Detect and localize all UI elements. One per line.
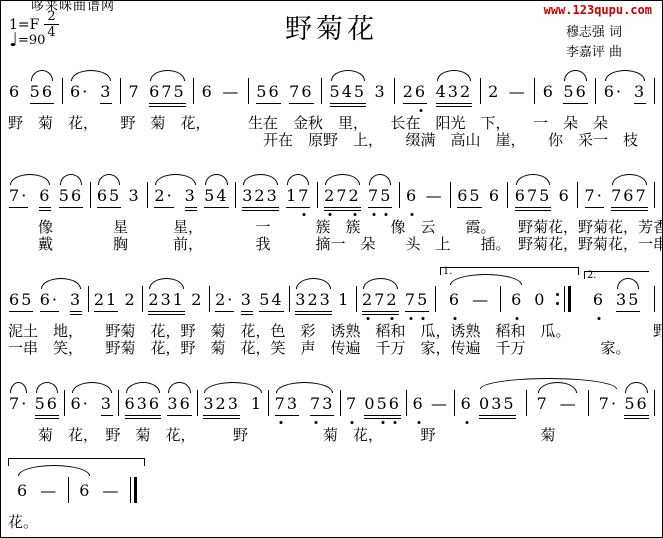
system-block: 6566·376756—56765453264322—6566·3野 菊 花， …: [8, 58, 655, 149]
barline: [197, 390, 198, 416]
note-char: 3: [287, 394, 299, 413]
note-char: 6: [42, 82, 54, 101]
note-char: 0: [364, 394, 376, 413]
note-token: 54: [203, 186, 229, 205]
note-token: 432: [435, 82, 474, 101]
note-char: 5: [256, 82, 268, 101]
note-char: ·: [167, 186, 174, 205]
note-char: —: [426, 186, 444, 205]
barline: [480, 78, 481, 104]
lyrics-row: 像 星 星， 一 簇 簇 像 云 霞。 野菊花，野菊花，芳香浸透: [8, 219, 655, 236]
slur-group: 36: [166, 394, 192, 413]
barline: [317, 182, 318, 208]
barline: [507, 182, 508, 208]
note-char: 1: [338, 290, 350, 309]
slur-group: 0357—7·: [478, 390, 619, 416]
note-char: 2: [191, 290, 203, 309]
repeat-end-barline: [556, 286, 571, 312]
note-char: 1: [173, 290, 185, 309]
slur-group: 56: [34, 394, 60, 413]
note-char: 7: [310, 394, 322, 413]
note-char: 5: [563, 82, 575, 101]
lyrics-row: 开在 原野 上， 缀满 高山 崖， 你 采一 枝: [8, 132, 655, 149]
lyrics-row: 花。: [8, 514, 655, 531]
note-char: —: [560, 394, 578, 413]
note-token: 6: [8, 82, 22, 101]
note-token: 2·: [153, 186, 174, 205]
note-char: 3: [101, 394, 113, 413]
note-char: 3: [167, 394, 179, 413]
note-token: 3: [69, 290, 83, 309]
slur-group: 54: [203, 186, 229, 205]
note-char: 3: [634, 82, 646, 101]
note-token: 56: [58, 186, 84, 205]
note-char: 6: [149, 394, 161, 413]
note-char: 6: [79, 481, 91, 500]
slur-group: 7—: [536, 394, 579, 413]
system-block: 6—6—花。: [8, 457, 655, 531]
note-char: 6: [576, 82, 588, 101]
note-char: 6: [9, 82, 21, 101]
note-char: 6: [17, 481, 29, 500]
note-char: 5: [354, 82, 366, 101]
volta-bracket: 6—6—: [8, 477, 145, 503]
note-token: 75: [367, 186, 393, 205]
note-token: 3: [99, 82, 113, 101]
slur-group: 545: [329, 82, 368, 101]
system-block: 7·6566532·35432317272756—65667567·767 像 …: [8, 162, 655, 253]
slur-group: 6·3: [69, 82, 113, 101]
note-token: 36: [166, 394, 192, 413]
note-char: ·: [597, 186, 604, 205]
final-barline: [130, 477, 137, 503]
note-char: 2: [488, 82, 500, 101]
slur-group: 6—6: [448, 286, 524, 312]
note-token: 73: [274, 394, 300, 413]
note-char: 5: [30, 82, 42, 101]
note-token: 323: [202, 394, 241, 413]
note-char: 2: [154, 186, 166, 205]
repeat-dot: [556, 302, 559, 305]
note-char: 7: [527, 186, 539, 205]
volta-bracket-line: [8, 458, 145, 466]
volta-bracket: 2.635: [584, 290, 650, 309]
slur-group: 75: [367, 186, 393, 205]
note-token: 76: [288, 82, 314, 101]
note-char: 6: [543, 82, 555, 101]
slur-group: 6—6: [16, 477, 92, 503]
volta-bracket: 1.6—60: [440, 286, 580, 312]
barline: [577, 182, 578, 208]
note-char: 5: [503, 394, 515, 413]
note-char: 6: [97, 186, 109, 205]
repeat-dots: [556, 293, 559, 305]
note-char: 1: [286, 186, 298, 205]
note-char: 5: [330, 82, 342, 101]
note-char: 6: [413, 394, 425, 413]
lyrics-row: 泥土 地， 野菊 花，野 菊 花，色 彩 诱熟 稻和 瓜，诱熟 稻和 瓜。 野: [8, 323, 655, 340]
lyrics-row: 戴 胸 前， 我 摘一 朵 头 上 插。 野菊花，野菊花，一串花儿: [8, 236, 655, 253]
note-char: 5: [109, 186, 121, 205]
note-char: ·: [82, 82, 89, 101]
slur-group: 17: [285, 186, 311, 205]
note-char: 2: [349, 186, 361, 205]
note-token: —: [221, 82, 241, 101]
note-char: 4: [216, 186, 228, 205]
note-char: 5: [35, 394, 47, 413]
note-char: 5: [380, 186, 392, 205]
note-char: 3: [129, 186, 141, 205]
note-char: ·: [83, 394, 90, 413]
note-token: 2: [190, 290, 204, 309]
note-token: —: [559, 394, 579, 413]
note-token: 323: [241, 186, 280, 205]
note-char: 6: [70, 82, 82, 101]
note-char: 0: [534, 290, 546, 309]
note-char: 2: [148, 290, 160, 309]
note-token: 7: [345, 394, 359, 413]
note-char: 6: [71, 394, 83, 413]
note-token: 272: [323, 186, 362, 205]
note-char: 2: [215, 290, 227, 309]
note-char: 5: [628, 290, 640, 309]
barline: [142, 286, 143, 312]
score: 6566·376756—56765453264322—6566·3野 菊 花， …: [8, 58, 655, 538]
note-char: 7: [374, 290, 386, 309]
barline: [654, 182, 655, 208]
note-char: 3: [616, 290, 628, 309]
note-token: 54: [258, 290, 284, 309]
barline: [64, 390, 65, 416]
note-char: ·: [227, 290, 234, 309]
slur-group: 272: [361, 290, 400, 309]
note-token: 0: [533, 290, 547, 309]
note-char: 2: [386, 290, 398, 309]
note-char: 3: [491, 394, 503, 413]
note-char: 6: [593, 290, 605, 309]
note-token: 6: [460, 394, 474, 413]
note-char: 7: [298, 186, 310, 205]
note-char: ·: [21, 186, 28, 205]
note-token: 6: [201, 82, 215, 101]
note-token: 6: [510, 290, 524, 309]
barline: [454, 390, 455, 416]
note-token: 56: [255, 82, 281, 101]
note-char: 7: [611, 186, 623, 205]
note-char: ·: [616, 82, 623, 101]
note-token: 2: [124, 290, 138, 309]
note-char: 7: [161, 82, 173, 101]
note-char: 7: [405, 290, 417, 309]
barline: [88, 286, 89, 312]
note-char: 2: [216, 394, 228, 413]
system-block: 656·321223122·3543231272751.6—602.635泥土 …: [8, 266, 655, 357]
barline: [394, 78, 395, 104]
note-token: 231: [147, 290, 186, 309]
note-char: —: [222, 82, 240, 101]
note-token: 636: [124, 394, 163, 413]
note-token: 75: [404, 290, 430, 309]
barline: [340, 390, 341, 416]
note-token: 6: [78, 481, 92, 500]
note-token: 6: [542, 82, 556, 101]
note-token: 7·: [584, 186, 605, 205]
note-char: 3: [320, 290, 332, 309]
slur-group: 65: [96, 186, 122, 205]
barline: [526, 390, 527, 416]
note-char: 2: [324, 186, 336, 205]
lyrics-row: 一串 笑， 野菊 花，野 菊 花，笑 声 传遍 千万 家，传遍 千万 家。: [8, 340, 655, 357]
slur-group: 6·3: [39, 290, 83, 309]
barline: [193, 78, 194, 104]
note-token: 6: [16, 481, 30, 500]
barline: [356, 286, 357, 312]
barline: [90, 182, 91, 208]
note-char: 5: [417, 290, 429, 309]
slur-group: 7373: [274, 394, 336, 413]
note-token: 7: [536, 394, 550, 413]
note-char: 6: [604, 82, 616, 101]
note-char: 5: [259, 290, 271, 309]
note-token: 323: [294, 290, 333, 309]
thick-bar: [568, 286, 571, 312]
note-token: 767: [610, 186, 649, 205]
volta-number: 2.: [587, 271, 597, 281]
slur-group: 767: [610, 186, 649, 205]
note-token: 6·: [69, 82, 90, 101]
note-char: 7: [346, 394, 358, 413]
barline: [500, 286, 501, 312]
note-char: 6: [268, 82, 280, 101]
note-token: 1: [250, 394, 264, 413]
note-token: 6: [405, 186, 419, 205]
note-token: 65: [456, 186, 482, 205]
music-system: 7·566·3636363231737370566—60357—7·56: [8, 370, 655, 416]
note-char: 7: [585, 186, 597, 205]
note-char: 6: [47, 394, 59, 413]
note-char: 6: [389, 394, 401, 413]
note-token: 3: [374, 82, 388, 101]
note-token: 7·: [8, 394, 29, 413]
barline: [654, 286, 655, 312]
note-char: 6: [457, 186, 469, 205]
note-token: 6: [448, 290, 462, 309]
slur-group: 56: [562, 82, 588, 101]
note-char: 4: [342, 82, 354, 101]
note-token: —: [430, 394, 450, 413]
music-system: 7·6566532·35432317272756—65667567·767: [8, 162, 655, 208]
lyricist: 穆志强 词: [566, 23, 622, 43]
thin-bar: [564, 286, 565, 312]
note-token: —: [508, 82, 528, 101]
barline: [595, 78, 596, 104]
note-token: 2·: [214, 290, 235, 309]
barline: [68, 477, 69, 503]
note-char: 5: [21, 290, 33, 309]
note-char: 7: [336, 186, 348, 205]
note-token: 26: [402, 82, 428, 101]
note-char: 3: [375, 82, 387, 101]
note-token: 6: [412, 394, 426, 413]
slur-group: 432: [435, 82, 474, 101]
slur-group: 636: [124, 394, 163, 413]
barline: [209, 286, 210, 312]
note-char: 7: [9, 394, 21, 413]
barline: [654, 78, 655, 104]
note-char: 5: [469, 186, 481, 205]
note-char: —: [431, 394, 449, 413]
lyrics-row: 野 菊 花， 野 菊 花， 生在 金秋 里， 长在 阳光 下， 一 朵 朵: [8, 115, 655, 132]
note-char: 2: [362, 290, 374, 309]
note-token: 272: [361, 290, 400, 309]
slur-group: 6·3: [70, 394, 114, 413]
sheet-music-page: 哆来咪曲谱网 1=F 2 4 ♩ =90 野菊花 www.123qupu.com…: [0, 0, 663, 538]
note-char: 6: [202, 82, 214, 101]
credits: 穆志强 词 李嘉评 曲: [566, 23, 622, 62]
note-token: 3: [128, 186, 142, 205]
note-char: 6: [511, 290, 523, 309]
note-char: 6: [40, 290, 52, 309]
note-char: 3: [70, 290, 82, 309]
note-char: 6: [415, 82, 427, 101]
note-token: 7: [127, 82, 141, 101]
note-char: 2: [254, 186, 266, 205]
slur-group: 7·: [8, 394, 29, 413]
note-char: 3: [137, 394, 149, 413]
slur-group: 323: [294, 290, 333, 309]
note-token: 56: [623, 394, 649, 413]
slur-group: 323: [241, 186, 280, 205]
note-token: 56: [34, 394, 60, 413]
note-token: 7·: [8, 186, 29, 205]
slur-group: 675: [148, 82, 187, 101]
slur-group: 35: [615, 290, 641, 309]
barline: [289, 286, 290, 312]
barline: [120, 78, 121, 104]
note-char: 6: [559, 186, 571, 205]
note-token: 6: [558, 186, 572, 205]
note-char: 3: [228, 394, 240, 413]
note-token: —: [425, 186, 445, 205]
note-char: 3: [241, 290, 253, 309]
note-char: 3: [295, 290, 307, 309]
note-token: 6: [488, 186, 502, 205]
note-token: 675: [148, 82, 187, 101]
note-token: 6·: [603, 82, 624, 101]
slur-group: 2·3: [153, 186, 197, 205]
note-token: 3: [240, 290, 254, 309]
note-char: 7: [368, 186, 380, 205]
note-token: 3: [184, 186, 198, 205]
note-token: 65: [96, 186, 122, 205]
note-char: 6: [9, 290, 21, 309]
note-char: 4: [436, 82, 448, 101]
note-char: 6: [623, 186, 635, 205]
note-char: 3: [322, 394, 334, 413]
note-char: ·: [611, 394, 618, 413]
note-char: 7: [537, 394, 549, 413]
note-token: 3: [633, 82, 647, 101]
lyrics-row: 菊 花， 野 菊 花， 野 菊 花， 野 菊: [8, 427, 655, 444]
note-token: 056: [363, 394, 402, 413]
barline: [268, 390, 269, 416]
note-token: 73: [309, 394, 335, 413]
note-char: 3: [185, 186, 197, 205]
note-char: —: [40, 481, 58, 500]
note-token: —: [39, 481, 59, 500]
music-system: 6566·376756—56765453264322—6566·3: [8, 58, 655, 104]
note-char: 3: [100, 82, 112, 101]
note-char: 6: [637, 394, 649, 413]
note-token: 3: [100, 394, 114, 413]
slur-group: 56: [623, 394, 649, 413]
note-char: 1: [251, 394, 263, 413]
note-char: 2: [460, 82, 472, 101]
note-token: 7·: [598, 394, 619, 413]
note-token: 6·: [70, 394, 91, 413]
note-char: 6: [461, 394, 473, 413]
volta-bracket-line: [440, 267, 580, 275]
barline: [654, 390, 655, 416]
note-token: 21: [93, 290, 119, 309]
note-char: 6: [489, 186, 501, 205]
note-char: 6: [125, 394, 137, 413]
slur-group: 272: [323, 186, 362, 205]
note-char: 3: [161, 290, 173, 309]
note-char: —: [102, 481, 120, 500]
note-char: —: [472, 290, 490, 309]
note-char: 1: [106, 290, 118, 309]
note-token: 1: [337, 290, 351, 309]
note-char: 7: [599, 394, 611, 413]
note-char: ·: [21, 394, 28, 413]
note-char: 7: [9, 186, 21, 205]
note-char: 5: [204, 186, 216, 205]
slur-group: 675: [514, 186, 553, 205]
slur-group: 3231: [202, 394, 264, 413]
thin-bar: [130, 477, 131, 503]
note-token: 35: [615, 290, 641, 309]
barline: [321, 78, 322, 104]
note-token: 56: [29, 82, 55, 101]
note-char: 6: [515, 186, 527, 205]
note-token: 675: [514, 186, 553, 205]
barline: [147, 182, 148, 208]
note-char: ·: [52, 290, 59, 309]
note-char: 6: [71, 186, 83, 205]
note-char: 6: [301, 82, 313, 101]
barline: [406, 390, 407, 416]
slur-group: 231: [147, 290, 186, 309]
slur-group: 7·6: [8, 186, 52, 205]
note-char: 7: [128, 82, 140, 101]
note-token: 65: [8, 290, 34, 309]
note-char: 7: [289, 82, 301, 101]
note-token: 6: [592, 290, 606, 309]
barline: [534, 78, 535, 104]
slur-group: 56: [58, 186, 84, 205]
note-char: 6: [149, 82, 161, 101]
system-block: 7·566·3636363231737370566—60357—7·56 菊 花…: [8, 370, 655, 444]
note-char: 3: [448, 82, 460, 101]
note-char: 6: [406, 186, 418, 205]
note-char: 6: [449, 290, 461, 309]
note-token: 6: [38, 186, 52, 205]
note-char: 5: [174, 82, 186, 101]
note-char: 0: [479, 394, 491, 413]
note-token: —: [101, 481, 121, 500]
note-char: 6: [39, 186, 51, 205]
